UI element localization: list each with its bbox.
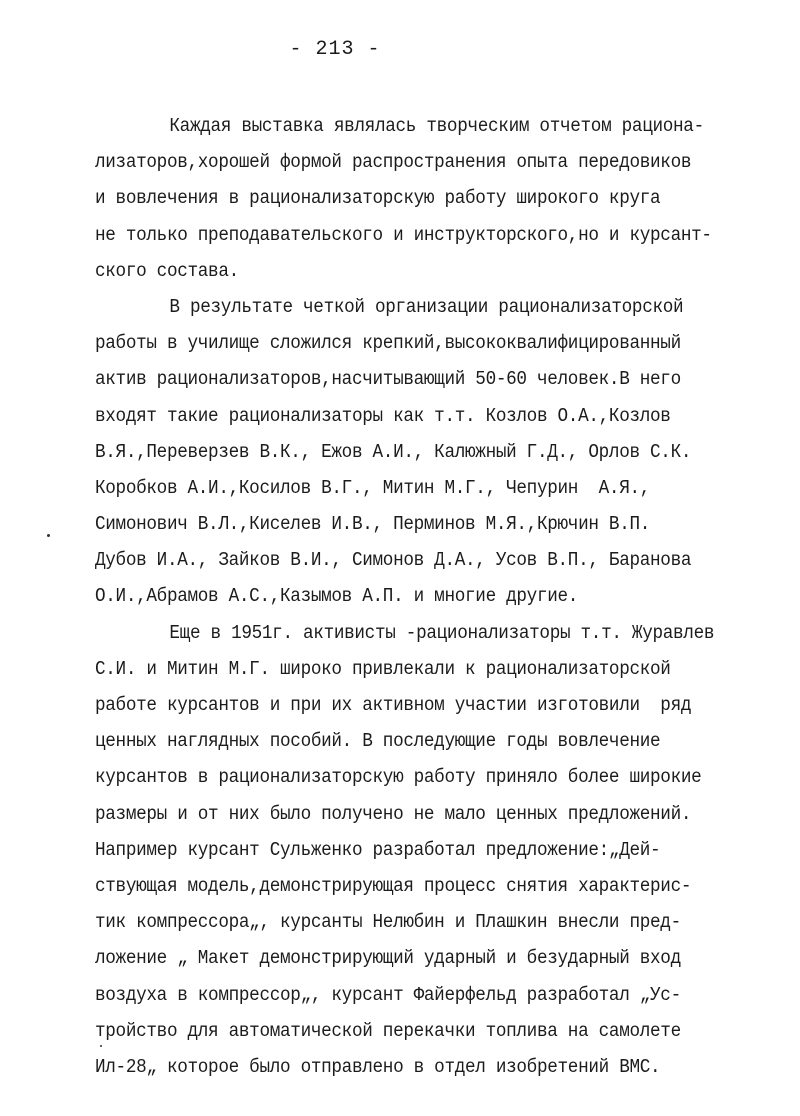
- text-line: работе курсантов и при их активном участ…: [95, 687, 746, 723]
- text-line: Симонович В.Л.,Киселев И.В., Перминов М.…: [95, 506, 746, 542]
- paragraph-3: Еще в 1951г. активисты -рационализаторы …: [95, 615, 795, 1085]
- text-line: ценных наглядных пособий. В последующие …: [95, 723, 746, 759]
- text-line: работы в училище сложился крепкий,высоко…: [95, 325, 746, 361]
- paragraph-1: Каждая выставка являлась творческим отче…: [95, 108, 795, 289]
- text-line: Коробков А.И.,Косилов В.Г., Митин М.Г., …: [95, 470, 746, 506]
- paragraph-2: В результате четкой организации рационал…: [95, 289, 795, 615]
- text-line: Дубов И.А., Зайков В.И., Симонов Д.А., У…: [95, 542, 746, 578]
- text-line: тик компрессора„, курсанты Нелюбин и Пла…: [95, 904, 746, 940]
- text-line: ложение „ Макет демонстрирующий ударный …: [95, 940, 746, 976]
- text-line: воздуха в компрессор„, курсант Файерфель…: [95, 977, 746, 1013]
- text-line: О.И.,Абрамов А.С.,Казымов А.П. и многие …: [95, 578, 746, 614]
- text-line: Ил-28„ которое было отправлено в отдел и…: [95, 1049, 746, 1085]
- text-line: Например курсант Сульженко разработал пр…: [95, 832, 746, 868]
- text-line: тройство для автоматической перекачки то…: [95, 1013, 746, 1049]
- text-line: курсантов в рационализаторскую работу пр…: [95, 759, 746, 795]
- text-line: В.Я.,Переверзев В.К., Ежов А.И., Калюжны…: [95, 434, 746, 470]
- text-line: актив рационализаторов,насчитывающий 50-…: [95, 361, 746, 397]
- scan-speck: [47, 534, 50, 537]
- text-line: ского состава.: [95, 253, 746, 289]
- text-line: входят такие рационализаторы как т.т. Ко…: [95, 398, 746, 434]
- text-line: лизаторов,хорошей формой распространения…: [95, 144, 746, 180]
- text-line: Еще в 1951г. активисты -рационализаторы …: [95, 615, 746, 651]
- document-body: Каждая выставка являлась творческим отче…: [95, 108, 795, 1085]
- text-line: Каждая выставка являлась творческим отче…: [95, 108, 746, 144]
- text-line: С.И. и Митин М.Г. широко привлекали к ра…: [95, 651, 746, 687]
- page-number: - 213 -: [0, 38, 670, 61]
- text-line: размеры и от них было получено не мало ц…: [95, 796, 746, 832]
- scan-speck: [100, 1045, 102, 1047]
- text-line: и вовлечения в рационализаторскую работу…: [95, 180, 746, 216]
- text-line: ствующая модель,демонстрирующая процесс …: [95, 868, 746, 904]
- text-line: В результате четкой организации рационал…: [95, 289, 746, 325]
- text-line: не только преподавательского и инструкто…: [95, 217, 746, 253]
